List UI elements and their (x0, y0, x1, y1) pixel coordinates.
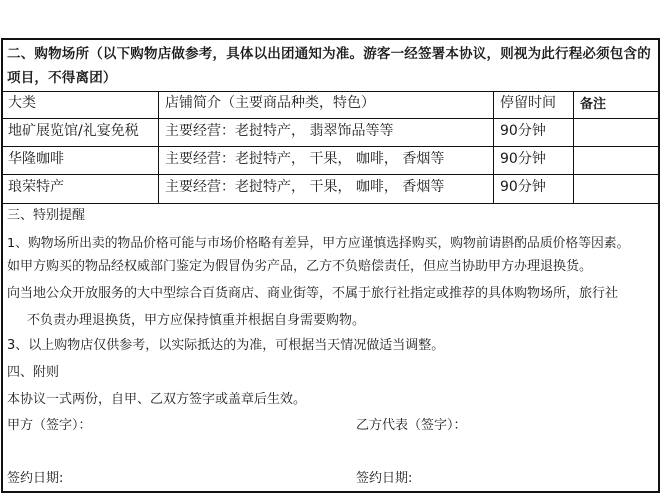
appendix-text: 本协议一式两份，自甲、乙双方签字或盖章后生效。 (7, 390, 306, 410)
reminder-line: 如甲方购买的物品经权威部门鉴定为假冒伪劣产品，乙方不负赔偿责任，但应当协助甲方办… (7, 257, 592, 277)
party-a-date-label: 签约日期: (7, 469, 63, 489)
table-row-description: 主要经营：老挝特产， 干果， 咖啡， 香烟等 (165, 177, 444, 197)
table-row-category: 琅荣特产 (8, 177, 64, 197)
reminder-line: 向当地公众开放服务的大中型综合百货商店、商业街等，不属于旅行社指定或推荐的具体购… (7, 284, 618, 304)
table-col-divider (573, 91, 574, 203)
party-a-signature-label: 甲方（签字）： (7, 416, 92, 436)
table-header-description: 店铺简介（主要商品种类，特色） (165, 93, 375, 113)
table-col-divider (493, 91, 494, 203)
table-bottom-border (2, 203, 659, 204)
table-row-divider (2, 174, 659, 175)
shopping-section-title: 二、购物场所（以下购物店做参考，具体以出团通知为准。游客一经签署本协议，则视为此… (7, 42, 657, 90)
reminder-line: 1、购物场所出卖的物品价格可能与市场价格略有差异，甲方应谨慎选择购买，购物前请斟… (7, 234, 629, 254)
party-b-signature-label: 乙方代表（签字）： (356, 416, 467, 436)
table-header-category: 大类 (8, 93, 36, 113)
table-row-duration: 90分钟 (500, 121, 546, 141)
table-row-category: 华隆咖啡 (8, 149, 64, 169)
table-row-duration: 90分钟 (500, 149, 546, 169)
reminder-section-title: 三、特别提醒 (7, 206, 85, 226)
table-header-note: 备注 (580, 95, 606, 115)
table-top-border (2, 91, 659, 92)
table-row-duration: 90分钟 (500, 177, 546, 197)
table-row-description: 主要经营：老挝特产， 干果， 咖啡， 香烟等 (165, 149, 444, 169)
party-b-date-label: 签约日期: (356, 469, 412, 489)
table-row-divider (2, 118, 659, 119)
appendix-section-title: 四、附则 (7, 363, 59, 383)
table-col-divider (158, 91, 159, 203)
reminder-line: 3、以上购物店仅供参考，以实际抵达的为准，可根据当天情况做适当调整。 (7, 336, 444, 356)
table-row-divider (2, 146, 659, 147)
table-header-duration: 停留时间 (500, 93, 556, 113)
reminder-line: 不负责办理退换货，甲方应保持慎重并根据自身需要购物。 (27, 311, 365, 331)
table-row-description: 主要经营：老挝特产， 翡翠饰品等等 (165, 121, 393, 141)
table-row-category: 地矿展览馆/礼宴免税 (8, 121, 139, 141)
